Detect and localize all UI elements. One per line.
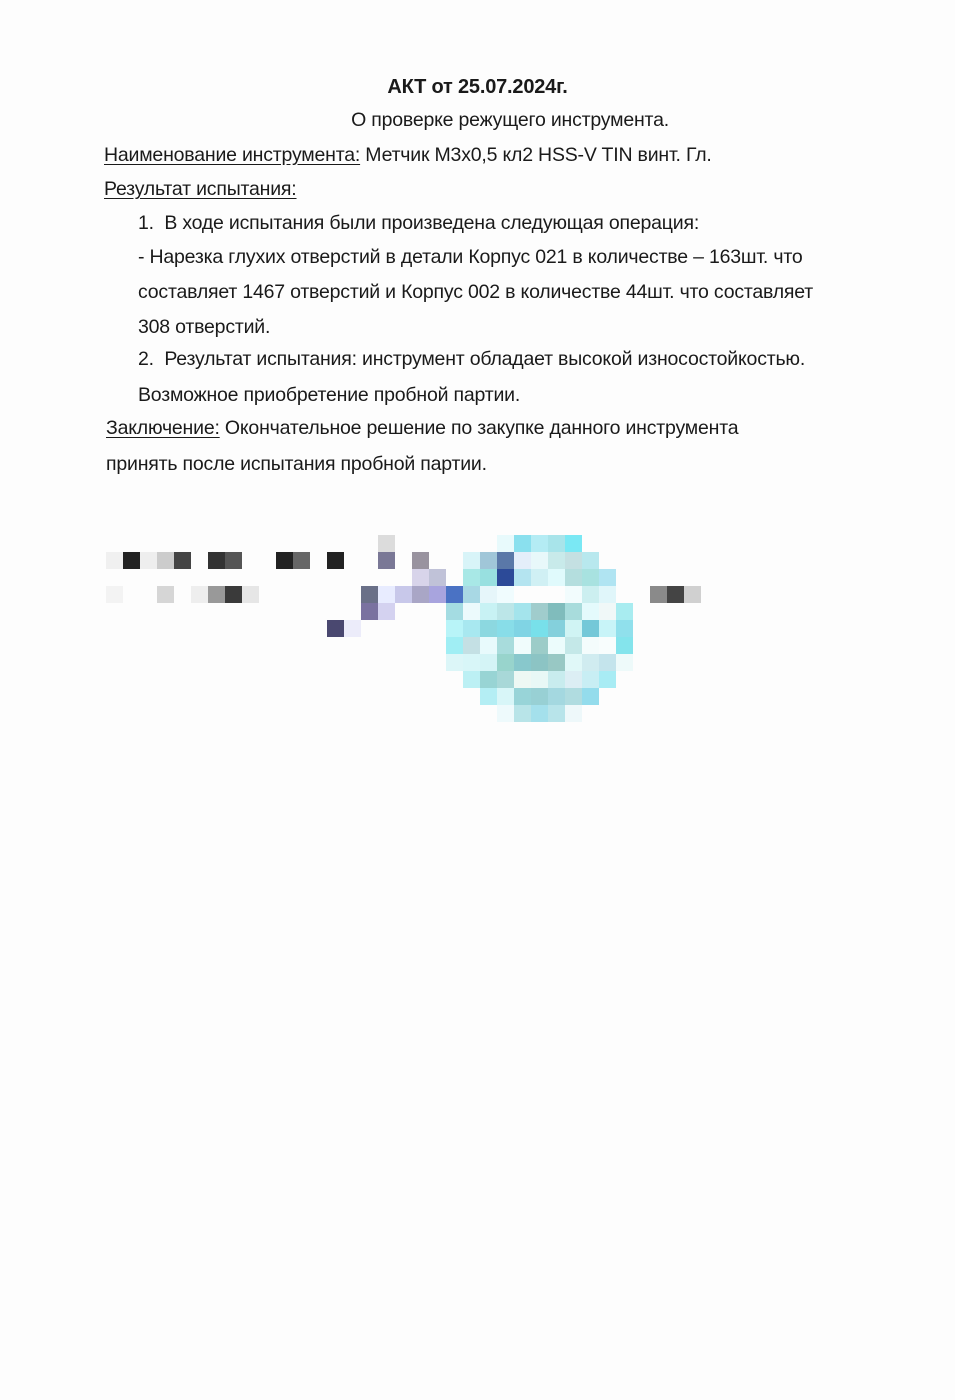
redaction-pixel (531, 552, 548, 569)
redaction-pixel (514, 620, 531, 637)
redaction-pixel (225, 586, 242, 603)
redaction-pixel (497, 620, 514, 637)
redaction-pixel (514, 569, 531, 586)
redaction-pixel (446, 586, 463, 603)
redaction-pixel (548, 637, 565, 654)
redaction-pixel (361, 603, 378, 620)
redaction-pixel (565, 569, 582, 586)
redaction-pixel (582, 552, 599, 569)
redaction-pixel (480, 654, 497, 671)
result-item-2: 2. Результат испытания: инструмент облад… (138, 348, 805, 371)
redaction-pixel (208, 586, 225, 603)
redaction-pixel (361, 586, 378, 603)
redaction-pixel (582, 586, 599, 603)
item-text: Результат испытания: инструмент обладает… (164, 348, 805, 370)
redaction-pixel (497, 603, 514, 620)
redaction-pixel (497, 535, 514, 552)
redaction-pixel (599, 586, 616, 603)
item-1-detail-1: - Нарезка глухих отверстий в детали Корп… (138, 246, 802, 269)
redaction-pixel (378, 552, 395, 569)
redaction-pixel (531, 688, 548, 705)
redaction-pixel (463, 671, 480, 688)
redaction-pixel (480, 552, 497, 569)
redaction-pixel (480, 569, 497, 586)
redaction-pixel (616, 620, 633, 637)
redaction-pixel (599, 569, 616, 586)
redaction-pixel (225, 552, 242, 569)
redaction-pixel (514, 603, 531, 620)
redaction-pixel (565, 671, 582, 688)
tool-name-label: Наименование инструмента: (104, 144, 360, 166)
redaction-pixel (565, 586, 582, 603)
redaction-pixel (582, 688, 599, 705)
redaction-pixel (599, 671, 616, 688)
redaction-pixel (497, 637, 514, 654)
redaction-pixel (582, 654, 599, 671)
redaction-pixel (514, 671, 531, 688)
redaction-pixel (412, 569, 429, 586)
redaction-pixel (106, 586, 123, 603)
redaction-pixel (480, 620, 497, 637)
redaction-pixel (208, 552, 225, 569)
redaction-pixel (480, 586, 497, 603)
redaction-pixel (157, 586, 174, 603)
redaction-pixel (667, 586, 684, 603)
redaction-pixel (480, 688, 497, 705)
redaction-pixel (565, 552, 582, 569)
redaction-pixel (582, 603, 599, 620)
item-number: 1. (138, 212, 154, 234)
result-heading: Результат испытания: (104, 178, 297, 201)
redaction-pixel (463, 569, 480, 586)
redaction-pixel (548, 705, 565, 722)
redaction-pixel (582, 671, 599, 688)
redaction-pixel (531, 535, 548, 552)
redaction-pixel (565, 705, 582, 722)
redaction-pixel (650, 586, 667, 603)
redaction-pixel (463, 654, 480, 671)
redaction-pixel (327, 552, 344, 569)
redaction-pixel (514, 637, 531, 654)
redaction-pixel (599, 654, 616, 671)
redaction-pixel (242, 586, 259, 603)
redaction-pixel (497, 552, 514, 569)
redaction-pixel (548, 552, 565, 569)
redaction-pixel (446, 637, 463, 654)
redaction-pixel (140, 552, 157, 569)
redaction-pixel (565, 688, 582, 705)
redaction-pixel (497, 654, 514, 671)
redaction-pixel (327, 620, 344, 637)
redaction-pixel (429, 586, 446, 603)
redaction-pixel (157, 552, 174, 569)
redaction-pixel (497, 586, 514, 603)
redaction-pixel (514, 552, 531, 569)
item-1-detail-2: составляет 1467 отверстий и Корпус 002 в… (138, 281, 813, 304)
redaction-pixel (565, 654, 582, 671)
redaction-pixel (616, 603, 633, 620)
redaction-pixel (463, 620, 480, 637)
redaction-pixel (514, 705, 531, 722)
redaction-pixel (514, 535, 531, 552)
result-item-1: 1. В ходе испытания были произведена сле… (138, 212, 699, 235)
redaction-pixel (446, 603, 463, 620)
redaction-pixel (497, 569, 514, 586)
conclusion-row: Заключение: Окончательное решение по зак… (106, 417, 738, 440)
redaction-pixel (497, 671, 514, 688)
redaction-pixel (548, 620, 565, 637)
redaction-pixel (531, 603, 548, 620)
item-number: 2. (138, 348, 154, 370)
result-heading-label: Результат испытания: (104, 178, 297, 200)
redaction-pixel (684, 586, 701, 603)
redaction-pixel (463, 586, 480, 603)
redaction-pixel (378, 535, 395, 552)
redaction-pixel (344, 620, 361, 637)
item-text: В ходе испытания были произведена следую… (164, 212, 699, 234)
redaction-pixel (463, 552, 480, 569)
redaction-pixel (599, 620, 616, 637)
redaction-pixel (616, 654, 633, 671)
redaction-pixel (463, 637, 480, 654)
redaction-pixel (106, 552, 123, 569)
redaction-pixel (531, 705, 548, 722)
redacted-signature-stamp (106, 535, 756, 725)
conclusion-text: Окончательное решение по закупке данного… (220, 417, 739, 439)
redaction-pixel (582, 569, 599, 586)
redaction-pixel (412, 552, 429, 569)
redaction-pixel (531, 671, 548, 688)
document-title: АКТ от 25.07.2024г. (0, 76, 955, 99)
tool-name-value: Метчик М3х0,5 кл2 HSS-V TIN винт. Гл. (360, 144, 712, 166)
redaction-pixel (395, 586, 412, 603)
redaction-pixel (531, 654, 548, 671)
redaction-pixel (276, 552, 293, 569)
redaction-pixel (497, 705, 514, 722)
redaction-pixel (565, 603, 582, 620)
redaction-pixel (412, 586, 429, 603)
redaction-pixel (599, 603, 616, 620)
redaction-pixel (446, 620, 463, 637)
redaction-pixel (191, 586, 208, 603)
item-2-detail-1: Возможное приобретение пробной партии. (138, 384, 520, 407)
redaction-pixel (582, 620, 599, 637)
item-1-detail-3: 308 отверстий. (138, 316, 270, 339)
document-page: АКТ от 25.07.2024г. О проверке режущего … (0, 0, 955, 1400)
redaction-pixel (446, 654, 463, 671)
conclusion-line-2: принять после испытания пробной партии. (106, 453, 487, 476)
redaction-pixel (480, 671, 497, 688)
redaction-pixel (548, 671, 565, 688)
redaction-pixel (531, 637, 548, 654)
redaction-pixel (480, 603, 497, 620)
redaction-pixel (548, 569, 565, 586)
redaction-pixel (480, 637, 497, 654)
redaction-pixel (378, 603, 395, 620)
redaction-pixel (174, 552, 191, 569)
redaction-pixel (548, 654, 565, 671)
redaction-pixel (599, 637, 616, 654)
redaction-pixel (531, 569, 548, 586)
redaction-pixel (123, 552, 140, 569)
redaction-pixel (497, 688, 514, 705)
redaction-pixel (565, 535, 582, 552)
redaction-pixel (548, 603, 565, 620)
redaction-pixel (548, 688, 565, 705)
redaction-pixel (531, 620, 548, 637)
redaction-pixel (565, 637, 582, 654)
redaction-pixel (378, 586, 395, 603)
redaction-pixel (429, 569, 446, 586)
redaction-pixel (582, 637, 599, 654)
redaction-pixel (463, 603, 480, 620)
redaction-pixel (514, 654, 531, 671)
redaction-pixel (514, 688, 531, 705)
tool-name-row: Наименование инструмента: Метчик М3х0,5 … (104, 144, 712, 167)
document-subtitle: О проверке режущего инструмента. (0, 109, 955, 132)
redaction-pixel (293, 552, 310, 569)
redaction-pixel (565, 620, 582, 637)
redaction-pixel (548, 535, 565, 552)
redaction-pixel (616, 637, 633, 654)
conclusion-label: Заключение: (106, 417, 220, 439)
